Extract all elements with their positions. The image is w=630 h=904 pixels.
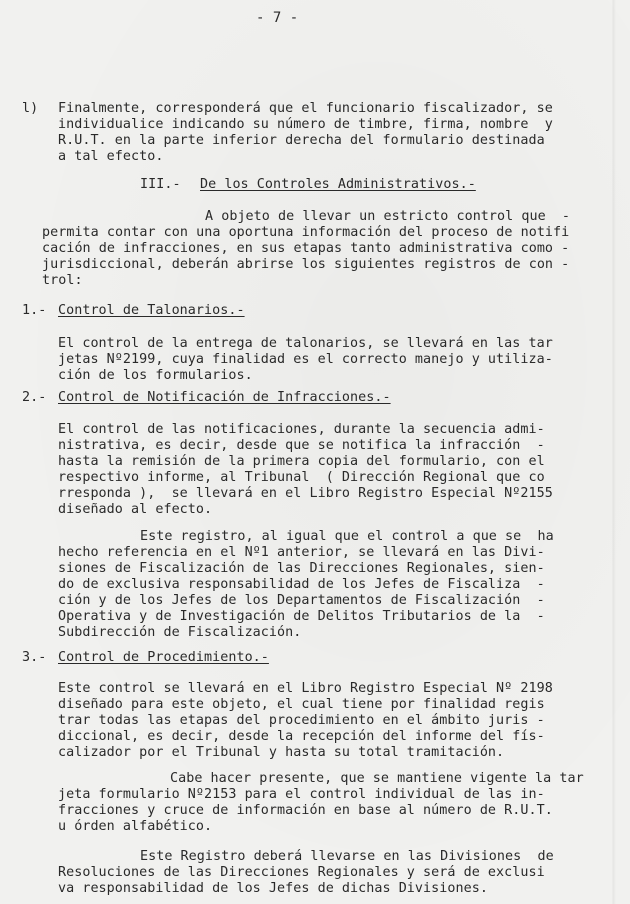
paragraph-line: u órden alfabético. bbox=[58, 819, 212, 835]
paragraph-line: jetas Nº2199, cuya finalidad es el corre… bbox=[58, 352, 553, 368]
paragraph-line: cación de infracciones, en sus etapas ta… bbox=[42, 241, 569, 257]
paragraph-line: Operativa y de Investigación de Delitos … bbox=[58, 609, 545, 625]
control-title-procedimiento: Control de Procedimiento.- bbox=[58, 650, 269, 666]
paragraph-line: ción de los formularios. bbox=[58, 368, 253, 384]
control-number: 3.- bbox=[22, 650, 46, 666]
control-number: 2.- bbox=[22, 390, 46, 406]
section-title: De los Controles Administrativos.- bbox=[200, 177, 476, 193]
paragraph-line: ción y de los Jefes de los Departamentos… bbox=[58, 593, 545, 609]
paragraph-line: El control de la entrega de talonarios, … bbox=[58, 336, 553, 352]
paragraph-line: diseñado al efecto. bbox=[58, 502, 212, 518]
paragraph-line: fracciones y cruce de información en bas… bbox=[58, 803, 553, 819]
section-number: III.- bbox=[140, 177, 181, 193]
paragraph-line: Finalmente, corresponderá que el funcion… bbox=[58, 101, 553, 117]
item-marker: l) bbox=[22, 101, 38, 117]
paragraph-line: Resoluciones de las Direcciones Regional… bbox=[58, 865, 545, 881]
paragraph-line: individualice indicando su número de tim… bbox=[58, 117, 553, 133]
paragraph-line: El control de las notificaciones, durant… bbox=[58, 422, 545, 438]
paragraph-line: nistrativa, es decir, desde que se notif… bbox=[58, 438, 545, 454]
paragraph-line: hasta la remisión de la primera copia de… bbox=[58, 454, 545, 470]
paragraph-line: hecho referencia en el Nº1 anterior, se … bbox=[58, 545, 545, 561]
paragraph-line: A objeto de llevar un estricto control q… bbox=[205, 209, 570, 225]
paragraph-line: R.U.T. en la parte inferior derecha del … bbox=[58, 133, 545, 149]
paragraph-line: Este control se llevará en el Libro Regi… bbox=[58, 681, 553, 697]
control-title-talonarios: Control de Talonarios.- bbox=[58, 303, 245, 319]
paragraph-line: trol: bbox=[42, 273, 83, 289]
paragraph-line: Este Registro deberá llevarse en las Div… bbox=[140, 849, 554, 865]
paragraph-line: siones de Fiscalización de las Direccion… bbox=[58, 561, 545, 577]
paragraph-line: rresponda ), se llevará en el Libro Regi… bbox=[58, 486, 553, 502]
control-number: 1.- bbox=[22, 303, 46, 319]
control-title-notificacion: Control de Notificación de Infracciones.… bbox=[58, 390, 391, 406]
paragraph-line: diccional, es decir, desde la recepción … bbox=[58, 729, 545, 745]
paragraph-line: Este registro, al igual que el control a… bbox=[140, 529, 554, 545]
paragraph-line: respectivo informe, al Tribunal ( Direcc… bbox=[58, 470, 545, 486]
document-page: - 7 - l) Finalmente, corresponderá que e… bbox=[0, 0, 630, 904]
paragraph-line: jeta formulario Nº2153 para el control i… bbox=[58, 787, 545, 803]
paragraph-line: permita contar con una oportuna informac… bbox=[42, 225, 569, 241]
paragraph-line: Subdirección de Fiscalización. bbox=[58, 625, 301, 641]
paragraph-line: calizador por el Tribunal y hasta su tot… bbox=[58, 745, 504, 761]
paragraph-line: do de exclusiva responsabilidad de los J… bbox=[58, 577, 545, 593]
page-number: - 7 - bbox=[256, 10, 298, 26]
paragraph-line: jurisdiccional, deberán abrirse los sigu… bbox=[42, 257, 569, 273]
paragraph-line: a tal efecto. bbox=[58, 149, 163, 165]
paragraph-line: va responsabilidad de los Jefes de dicha… bbox=[58, 881, 488, 897]
paragraph-line: diseñado para este objeto, el cual tiene… bbox=[58, 697, 545, 713]
paragraph-line: Cabe hacer presente, que se mantiene vig… bbox=[170, 771, 584, 787]
paragraph-line: trar todas las etapas del procedimiento … bbox=[58, 713, 545, 729]
